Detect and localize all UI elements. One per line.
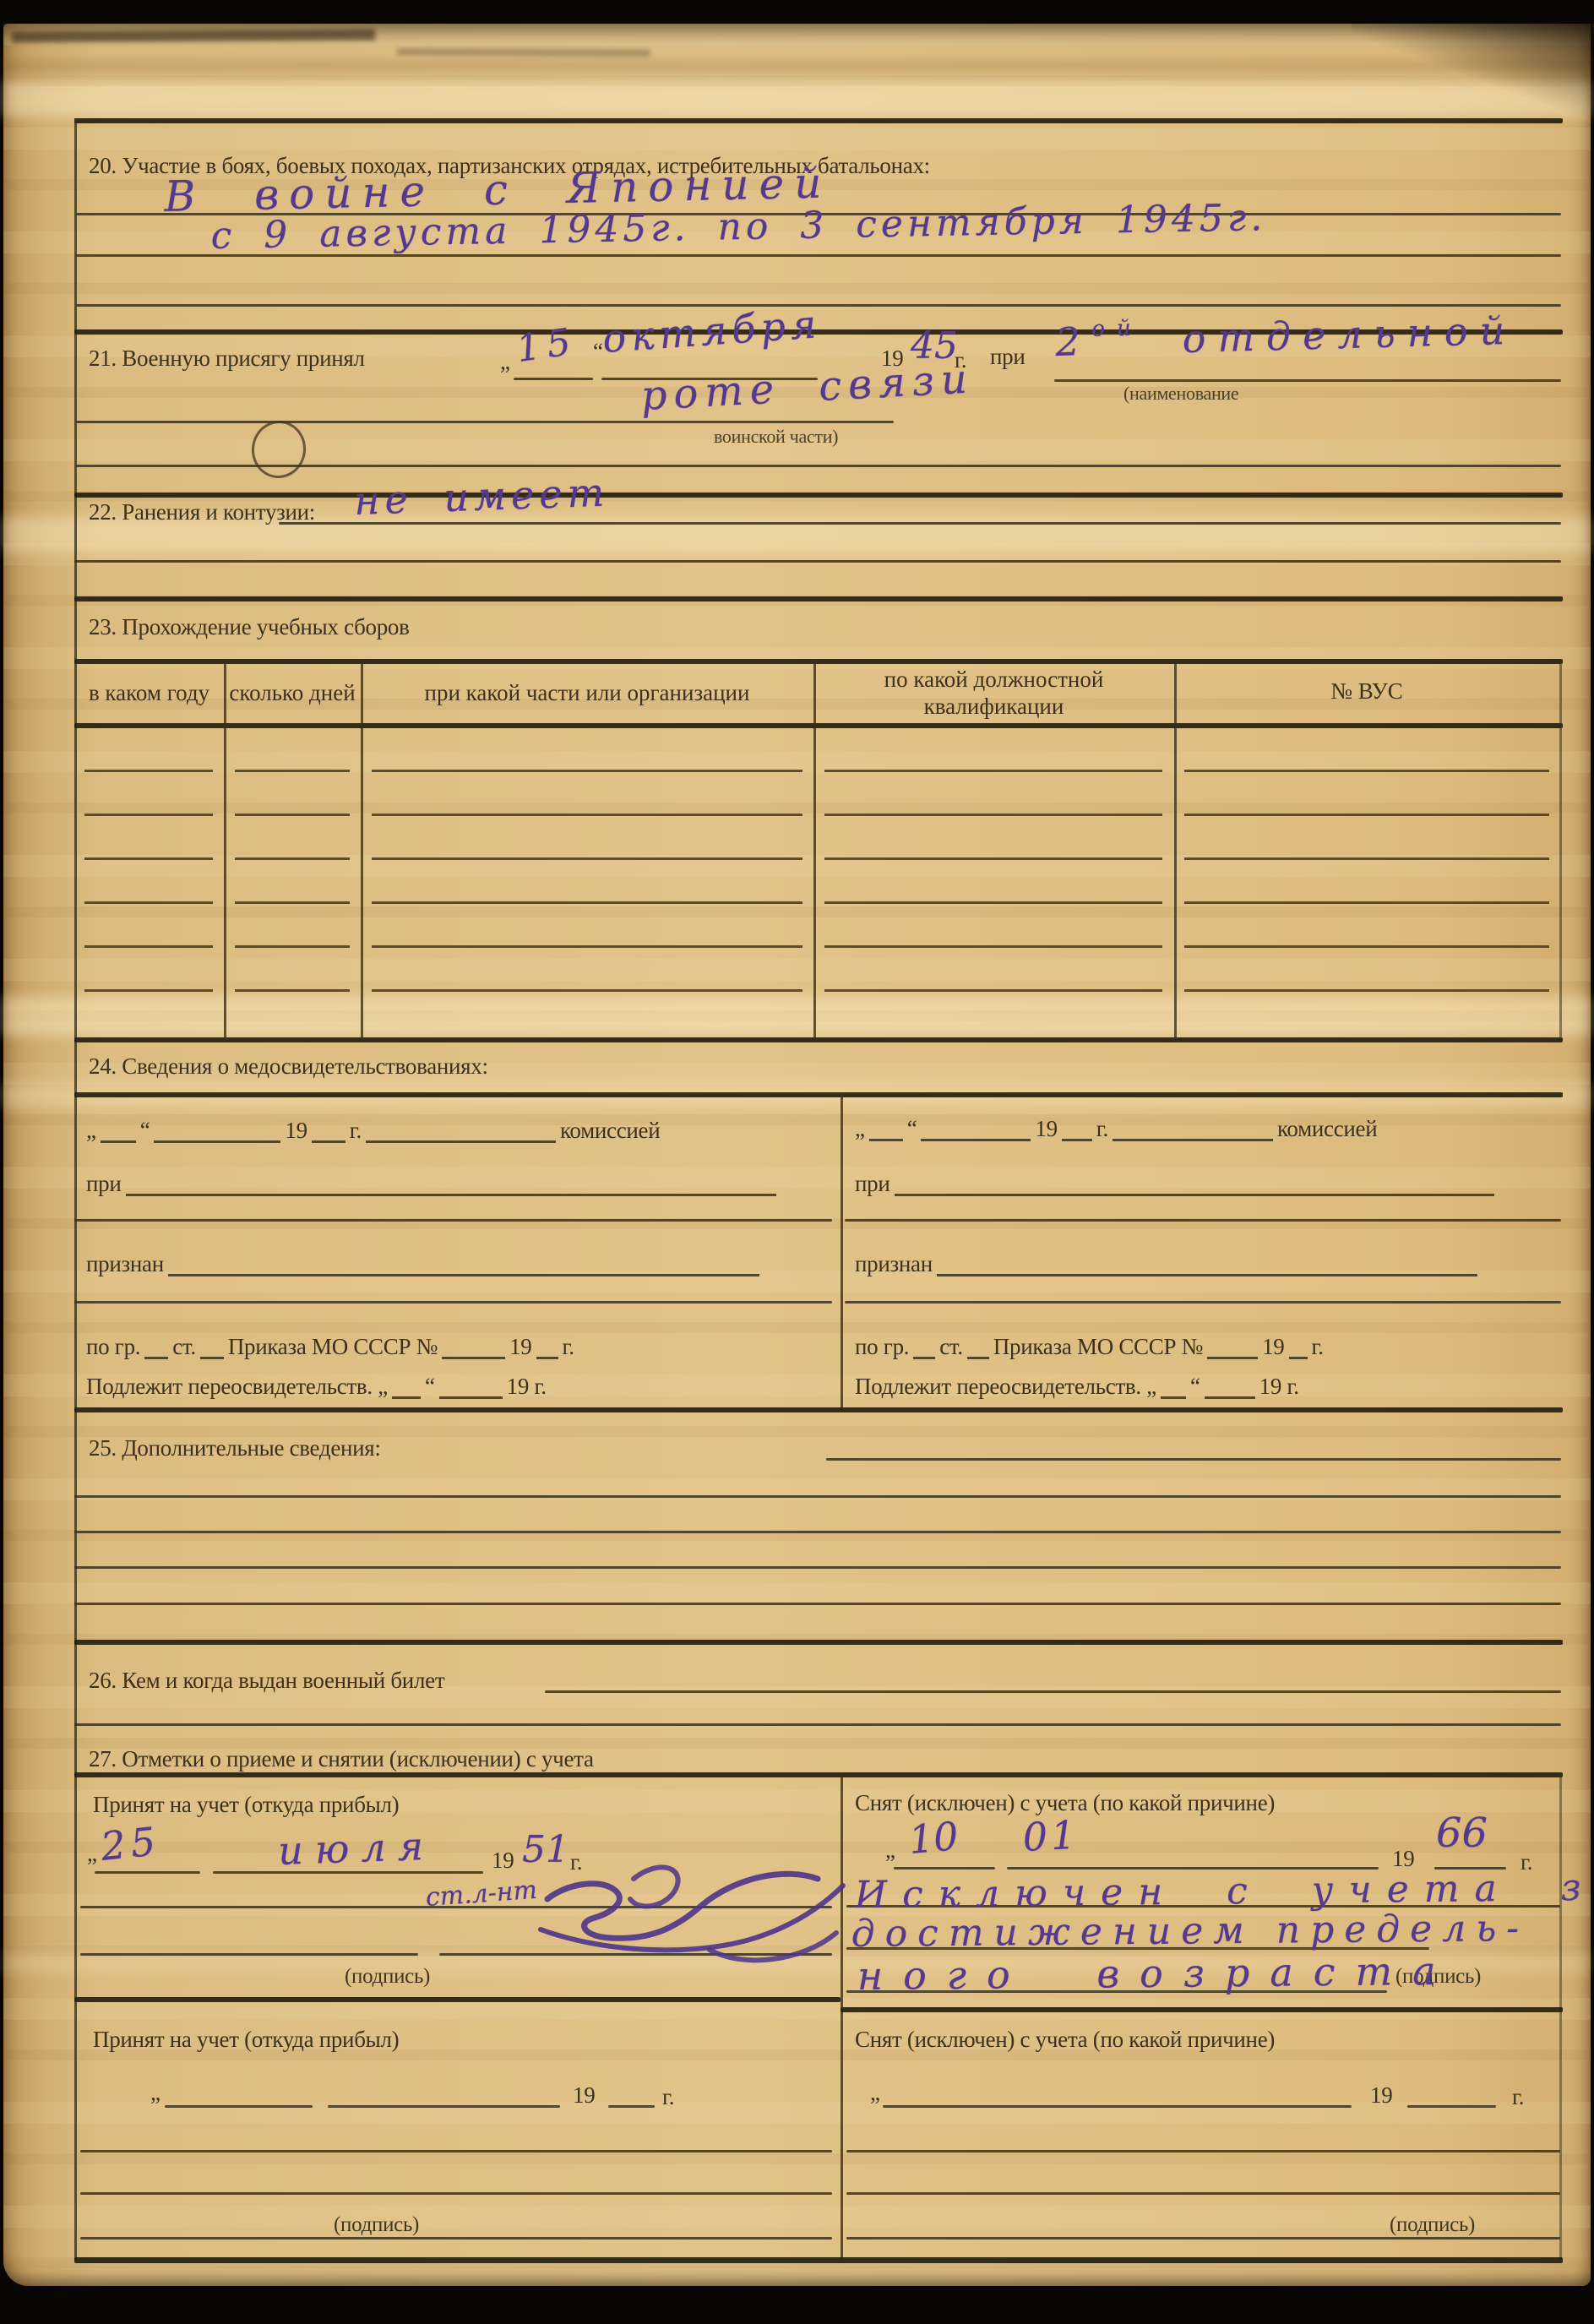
blank-line bbox=[826, 1458, 1561, 1461]
section21-day-handwritten: 15 bbox=[514, 323, 579, 368]
rule bbox=[846, 2192, 1560, 2195]
removed-day-handwritten: 10 bbox=[907, 1816, 960, 1859]
po-gr-label: по гр. bbox=[855, 1334, 909, 1359]
accepted-month-handwritten: июля bbox=[277, 1826, 435, 1870]
blank-segment bbox=[1161, 1373, 1186, 1399]
rule bbox=[74, 1301, 832, 1304]
year-printed: 19 bbox=[573, 2083, 595, 2109]
section21-unit-handwritten: 2ой отдельной bbox=[1055, 308, 1517, 362]
year-suffix: г. bbox=[563, 1334, 574, 1359]
quote-open: „ bbox=[500, 350, 510, 375]
rule bbox=[74, 1495, 1561, 1498]
reexam-label: Подлежит переосвидетельств. bbox=[855, 1374, 1141, 1399]
med-date-row-right: „“19г.комиссией bbox=[855, 1115, 1377, 1142]
med-reexam-row-left: Подлежит переосвидетельств. „“19 г. bbox=[86, 1373, 547, 1400]
table-cell-fill-lines bbox=[1184, 728, 1549, 993]
year-printed: 19 bbox=[1370, 2083, 1392, 2109]
table-right-rule bbox=[1559, 659, 1562, 1039]
removed-month-handwritten: 01 bbox=[1022, 1815, 1080, 1857]
prikaz-label: Приказа МО СССР № bbox=[228, 1334, 438, 1359]
table-cell-fill-lines bbox=[372, 728, 802, 993]
removed-reason-line2-handwritten: достижением предель- bbox=[851, 1910, 1530, 1953]
section22-title: 22. Ранения и контузии: bbox=[89, 500, 315, 525]
blank-segment bbox=[126, 1170, 776, 1196]
commission-label: комиссией bbox=[560, 1118, 660, 1143]
pri-label: при bbox=[86, 1171, 122, 1196]
unit-ordinal-sup: ой bbox=[1091, 315, 1143, 342]
blank-line bbox=[165, 2105, 313, 2108]
section23-title: 23. Прохождение учебных сборов bbox=[89, 615, 410, 640]
rule bbox=[845, 1219, 1561, 1222]
corner-shadow bbox=[1352, 24, 1594, 117]
st-label: ст. bbox=[172, 1334, 196, 1359]
table-cell-fill-lines bbox=[235, 728, 350, 993]
year-suffix: г. bbox=[1312, 1334, 1324, 1359]
rule bbox=[74, 1603, 1561, 1605]
blank-segment bbox=[442, 1333, 505, 1359]
accepted-day-handwritten: 25 bbox=[99, 1821, 162, 1866]
section24-title: 24. Сведения о медосвидетельствованиях: bbox=[89, 1054, 488, 1080]
rule bbox=[74, 560, 1561, 563]
blank-segment bbox=[937, 1250, 1477, 1276]
reexam-label: Подлежит переосвидетельств. bbox=[86, 1374, 373, 1399]
blank-line bbox=[514, 378, 593, 380]
year-suffix: г. bbox=[350, 1118, 362, 1143]
blank-segment bbox=[895, 1170, 1494, 1196]
table-cell-fill-lines bbox=[824, 728, 1162, 993]
quote-close: “ bbox=[425, 1374, 435, 1399]
blank-segment bbox=[366, 1117, 556, 1143]
blank-line bbox=[894, 1867, 995, 1870]
section27-title: 27. Отметки о приеме и снятии (исключени… bbox=[89, 1747, 594, 1772]
priznan-label: признан bbox=[86, 1251, 164, 1276]
blank-segment bbox=[967, 1333, 989, 1359]
column-divider bbox=[841, 1092, 843, 1409]
table-header-vus: № ВУС bbox=[1176, 659, 1558, 723]
blank-segment bbox=[869, 1115, 903, 1141]
frame-bottom-rule bbox=[74, 2257, 1563, 2263]
blank-segment bbox=[101, 1117, 136, 1143]
accepted-rank-note-handwritten: ст.л-нт bbox=[425, 1878, 538, 1911]
blank-segment bbox=[1062, 1115, 1092, 1141]
table-header-unit: при какой части или организации bbox=[362, 666, 812, 720]
rule bbox=[74, 1723, 1561, 1726]
crease-mark bbox=[397, 48, 650, 57]
blank-segment bbox=[921, 1115, 1031, 1141]
year-suffix: г. bbox=[535, 1374, 547, 1399]
blank-line bbox=[213, 1871, 483, 1874]
year-printed: 19 bbox=[1262, 1334, 1284, 1359]
section26-title: 26. Кем и когда выдан военный билет bbox=[89, 1668, 444, 1694]
section21-title: 21. Военную присягу принял bbox=[89, 346, 365, 372]
med-date-row-left: „“19г.комиссией bbox=[86, 1117, 660, 1144]
podpis-label: (подпись) bbox=[345, 1965, 430, 1989]
accepted-header-r1: Принят на учет (откуда прибыл) bbox=[93, 1793, 399, 1818]
blank-line bbox=[545, 1690, 1561, 1693]
med-prikaz-row-right: по гр.ст.Приказа МО СССР №19г. bbox=[855, 1333, 1324, 1360]
section25-title: 25. Дополнительные сведения: bbox=[89, 1436, 381, 1461]
rule bbox=[80, 1953, 418, 1956]
blank-line bbox=[883, 2105, 1352, 2108]
table-cell-fill-lines bbox=[84, 728, 213, 993]
med-pri-row-right: при bbox=[855, 1170, 1499, 1197]
st-label: ст. bbox=[939, 1334, 963, 1359]
quote-close: “ bbox=[1190, 1374, 1200, 1399]
year-printed: 19 bbox=[507, 1374, 529, 1399]
column-divider bbox=[841, 1772, 843, 2260]
med-priznan-row-left: признан bbox=[86, 1250, 764, 1277]
year-printed: 19 bbox=[492, 1848, 514, 1874]
med-prikaz-row-left: по гр.ст.Приказа МО СССР №19г. bbox=[86, 1333, 574, 1360]
quote-open: „ bbox=[150, 2081, 160, 2106]
section22-handwritten-entry: не имеет bbox=[353, 472, 609, 520]
commission-label: комиссией bbox=[1277, 1116, 1377, 1141]
quote-open: „ bbox=[378, 1374, 388, 1399]
blank-segment bbox=[154, 1117, 280, 1143]
rule bbox=[74, 1219, 832, 1222]
year-printed: 19 bbox=[1259, 1374, 1281, 1399]
table-header-qualification: по какой должностной квалификации bbox=[815, 666, 1172, 720]
podpis-label: (подпись) bbox=[1390, 2213, 1475, 2237]
blank-line bbox=[608, 2105, 655, 2108]
blank-line bbox=[95, 1871, 200, 1874]
hint-naimenovanie: (наименование bbox=[1123, 384, 1238, 404]
section-separator bbox=[74, 1407, 1563, 1412]
quote-open: „ bbox=[1146, 1374, 1156, 1399]
pri-label: при bbox=[855, 1171, 890, 1196]
rule bbox=[80, 2192, 832, 2195]
med-pri-row-left: при bbox=[86, 1170, 781, 1197]
blank-segment bbox=[1113, 1115, 1273, 1141]
quote-open: „ bbox=[855, 1116, 865, 1141]
rule bbox=[846, 2237, 1560, 2240]
scanned-military-record-page: 20. Участие в боях, боевых походах, парт… bbox=[0, 0, 1594, 2324]
rule bbox=[80, 2150, 832, 2153]
section-separator bbox=[74, 1640, 1563, 1645]
frame-left-rule bbox=[74, 118, 77, 2260]
prikaz-label: Приказа МО СССР № bbox=[993, 1334, 1203, 1359]
rule bbox=[76, 421, 894, 423]
rule bbox=[846, 2150, 1560, 2153]
accepted-header-r2: Принят на учет (откуда прибыл) bbox=[93, 2027, 399, 2053]
po-gr-label: по гр. bbox=[86, 1334, 140, 1359]
blank-segment bbox=[392, 1373, 421, 1399]
blank-line bbox=[279, 522, 1561, 525]
blank-line bbox=[1054, 379, 1561, 382]
quote-close: “ bbox=[140, 1118, 150, 1143]
removed-reason-line3-handwritten: ного возраста bbox=[857, 1951, 1456, 1995]
pri-label: при bbox=[990, 345, 1025, 370]
quote-open: „ bbox=[885, 1838, 895, 1864]
table-bottom-rule bbox=[74, 1037, 1563, 1042]
year-suffix: г. bbox=[1096, 1116, 1108, 1141]
quote-close: “ bbox=[907, 1116, 917, 1141]
hint-voinskoy-chasti: воинской части) bbox=[714, 427, 838, 447]
year-printed: 19 bbox=[1035, 1116, 1057, 1141]
blank-line bbox=[1407, 2105, 1496, 2108]
section-separator bbox=[74, 493, 1563, 498]
blank-line bbox=[328, 2105, 560, 2108]
unit-number: 2 bbox=[1055, 318, 1093, 365]
unit-word: отдельной bbox=[1182, 308, 1517, 362]
removed-header-r2: Снят (исключен) с учета (по какой причин… bbox=[855, 2027, 1275, 2053]
priznan-label: признан bbox=[855, 1251, 933, 1276]
year-suffix: г. bbox=[1287, 1374, 1299, 1399]
podpis-label: (подпись) bbox=[334, 2213, 419, 2237]
blank-segment bbox=[536, 1333, 558, 1359]
frame-top-rule bbox=[74, 118, 1563, 123]
year-suffix: г. bbox=[1512, 2085, 1524, 2110]
row-separator bbox=[841, 2007, 1563, 2012]
med-reexam-row-right: Подлежит переосвидетельств. „“19 г. bbox=[855, 1373, 1299, 1400]
rule bbox=[74, 1566, 1561, 1569]
quote-open: „ bbox=[870, 2081, 880, 2106]
blank-segment bbox=[439, 1373, 503, 1399]
section-separator bbox=[74, 596, 1563, 601]
section-separator bbox=[74, 1092, 1563, 1097]
blank-segment bbox=[1207, 1333, 1258, 1359]
blank-segment bbox=[200, 1333, 224, 1359]
blank-segment bbox=[312, 1117, 345, 1143]
blank-segment bbox=[1205, 1373, 1255, 1399]
signature-flourish bbox=[532, 1850, 853, 1977]
year-printed: 19 bbox=[285, 1118, 307, 1143]
blank-segment bbox=[913, 1333, 935, 1359]
table-top-rule bbox=[74, 1772, 1563, 1777]
year-suffix: г. bbox=[662, 2085, 674, 2110]
blank-segment bbox=[144, 1333, 168, 1359]
table-right-rule bbox=[1559, 1772, 1562, 2260]
year-printed: 19 bbox=[509, 1334, 531, 1359]
rule bbox=[845, 1301, 1561, 1304]
rule bbox=[74, 1531, 1561, 1533]
table-header-days: сколько дней bbox=[226, 666, 359, 720]
row-separator bbox=[74, 1997, 841, 2002]
blank-segment bbox=[1289, 1333, 1308, 1359]
removed-year-handwritten: 66 bbox=[1436, 1813, 1488, 1853]
rule bbox=[80, 2237, 832, 2240]
quote-close: “ bbox=[593, 340, 603, 365]
med-priznan-row-right: признан bbox=[855, 1250, 1482, 1277]
table-header-year: в каком году bbox=[76, 666, 222, 720]
quote-open: „ bbox=[87, 1842, 97, 1867]
quote-open: „ bbox=[86, 1118, 96, 1143]
blank-segment bbox=[168, 1250, 759, 1276]
